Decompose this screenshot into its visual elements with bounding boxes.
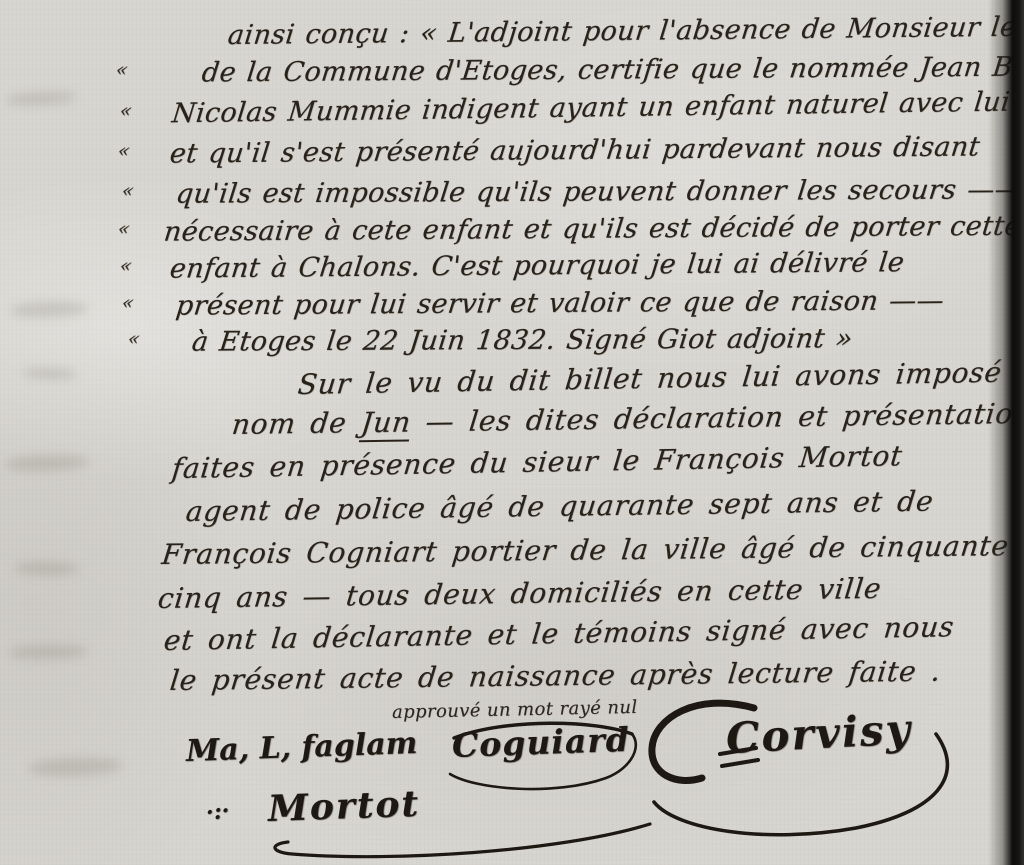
margin-quote-mark: « (118, 255, 134, 277)
line-text: mairie de …… (223, 0, 428, 6)
manuscript-line: «et qu'il s'est présenté aujourd'hui par… (118, 131, 980, 170)
line-text: le présent acte de naissance après lectu… (168, 655, 943, 697)
line-text: agent de police âgé de quarante sept ans… (184, 485, 935, 528)
line-text: cinq ans — tous deux domiciliés en cette… (156, 572, 883, 615)
line-text-post: — les dites déclaration et présentation (409, 397, 1024, 439)
manuscript-line: «Nicolas Mummie indigent ayant un enfant… (120, 86, 1024, 130)
line-text: François Cogniart portier de la ville âg… (160, 529, 1011, 571)
manuscript-line: le présent acte de naissance après lectu… (170, 655, 941, 697)
margin-quote-mark: « (120, 292, 136, 314)
ink-bleedthrough-smudge (22, 367, 77, 380)
ink-bleedthrough-smudge (14, 561, 80, 575)
ink-bleedthrough-smudge (28, 756, 124, 777)
line-text-pre: nom de (230, 406, 363, 441)
manuscript-line: «à Etoges le 22 Juin 1832. Signé Giot ad… (128, 323, 853, 358)
manuscript-line-child-name: nom de Jun — les dites déclaration et pr… (232, 397, 1024, 441)
line-text: nécessaire à cete enfant et qu'ils est d… (162, 211, 1023, 248)
line-text: présent pour lui servir et valoir ce que… (174, 285, 946, 321)
manuscript-line: ainsi conçu : « L'adjoint pour l'absence… (228, 11, 1024, 51)
binding-shadow (988, 0, 1024, 865)
line-text: Nicolas Mummie indigent ayant un enfant … (170, 86, 1024, 129)
line-text: enfant à Chalons. C'est pourquoi je lui … (168, 247, 906, 284)
signature-declarant: Ma, L, faglam (185, 726, 418, 769)
line-text: faites en présence du sieur le François … (170, 439, 904, 485)
signature-cogniart: Coguiard (451, 720, 630, 765)
ink-bleedthrough-smudge (6, 90, 77, 107)
line-text: qu'ils est impossible qu'ils peuvent don… (174, 174, 1024, 209)
signature-mortot: Mortot (267, 783, 420, 830)
line-text: de la Commune d'Etoges, certifie que le … (200, 51, 1024, 88)
child-name-underlined: Jun (359, 405, 413, 442)
manuscript-line: «enfant à Chalons. C'est pourquoi je lui… (120, 247, 905, 285)
line-text: Sur le vu du dit billet nous lui avons i… (296, 355, 1024, 401)
manuscript-line: «nécessaire à cete enfant et qu'ils est … (118, 211, 1021, 248)
ink-bleedthrough-smudge (10, 301, 88, 319)
line-text: nom de Jun — les dites déclaration et pr… (230, 397, 1024, 441)
manuscript-line: et ont la déclarante et le témoins signé… (164, 610, 955, 657)
ink-bleedthrough-smudge (8, 644, 88, 659)
approval-note: approuvé un mot rayé nul (392, 697, 638, 723)
margin-quote-mark: « (116, 140, 132, 162)
manuscript-line: cinq ans — tous deux domiciliés en cette… (158, 572, 882, 615)
manuscript-line: Sur le vu du dit billet nous lui avons i… (298, 355, 1024, 401)
manuscript-line: «présent pour lui servir et valoir ce qu… (122, 285, 944, 322)
manuscript-line: «de la Commune d'Etoges, certifie que le… (116, 51, 1024, 89)
line-text: ainsi conçu : « L'adjoint pour l'absence… (226, 11, 1024, 51)
manuscript-line: «qu'ils est impossible qu'ils peuvent do… (122, 174, 1022, 210)
margin-quote-mark: « (120, 180, 136, 202)
ink-bleedthrough-smudge (4, 454, 91, 473)
margin-quote-mark: « (116, 218, 132, 240)
manuscript-line-fragment: mairie de …… (225, 0, 426, 6)
manuscript-line: François Cogniart portier de la ville âg… (162, 529, 1009, 571)
line-text: et qu'il s'est présenté aujourd'hui pard… (168, 131, 981, 169)
line-text: à Etoges le 22 Juin 1832. Signé Giot adj… (190, 323, 854, 357)
manuscript-line: agent de police âgé de quarante sept ans… (186, 485, 934, 528)
manuscript-page: mairie de …… ainsi conçu : « L'adjoint p… (0, 0, 1024, 865)
margin-quote-mark: « (126, 328, 142, 350)
margin-quote-mark: « (118, 100, 134, 122)
signature-mortot-dots: ·:· (205, 798, 231, 826)
manuscript-line: faites en présence du sieur le François … (172, 439, 903, 485)
margin-quote-mark: « (114, 59, 170, 81)
line-text: et ont la déclarante et le témoins signé… (162, 610, 956, 657)
signature-officer: Corvisy (725, 704, 913, 763)
